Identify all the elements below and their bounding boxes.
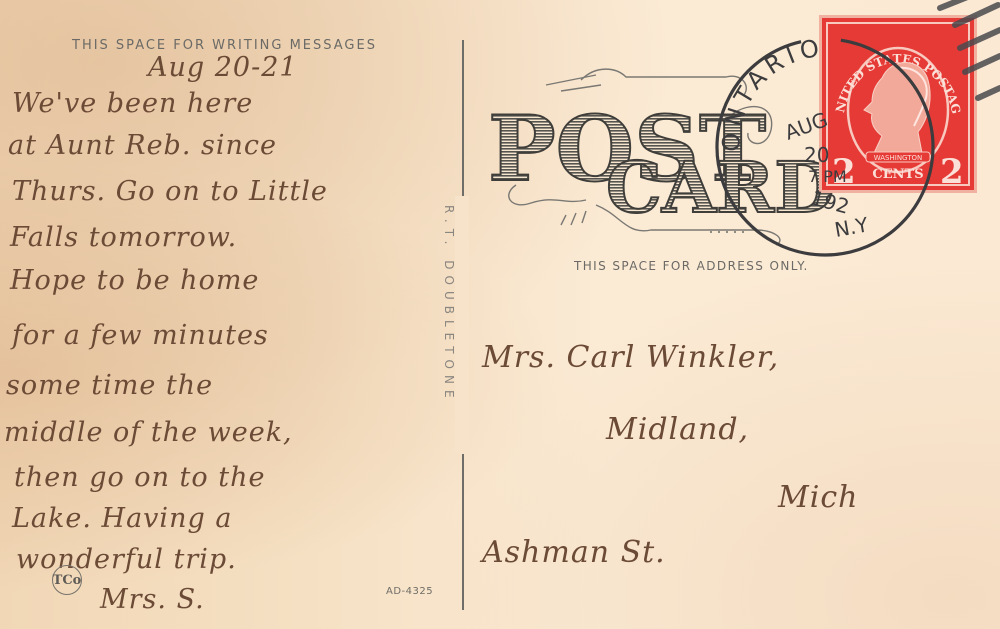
svg-text:2: 2 (832, 152, 856, 190)
address-line-city: Midland, (606, 412, 749, 447)
svg-text:WASHINGTON: WASHINGTON (874, 154, 923, 162)
address-line-state: Mich (778, 480, 858, 515)
svg-text:CARD: CARD (606, 146, 835, 229)
message-line: middle of the week, (4, 417, 293, 448)
message-space-heading: THIS SPACE FOR WRITING MESSAGES (72, 38, 377, 53)
svg-text:2: 2 (940, 152, 964, 190)
address-line-street: Ashman St. (482, 535, 666, 570)
divider-gap (455, 196, 469, 454)
message-line: Thurs. Go on to Little (12, 176, 328, 207)
message-signature: Mrs. S. (100, 584, 205, 615)
message-line: wonderful trip. (16, 544, 237, 575)
message-line: We've been here (12, 88, 253, 119)
address-line-name: Mrs. Carl Winkler, (482, 340, 779, 375)
catalog-number: AD-4325 (386, 586, 433, 597)
message-line: Hope to be home (10, 265, 259, 296)
message-line: for a few minutes (12, 320, 269, 351)
message-line: Falls tomorrow. (10, 222, 237, 253)
address-space-heading: THIS SPACE FOR ADDRESS ONLY. (574, 259, 809, 273)
message-line: Lake. Having a (12, 503, 232, 534)
message-date: Aug 20-21 (148, 52, 298, 83)
cancellation-bars (930, 0, 1000, 110)
message-line: then go on to the (14, 462, 265, 493)
postcard-back: THIS SPACE FOR WRITING MESSAGES R.T. DOU… (0, 0, 1000, 629)
message-line: at Aunt Reb. since (8, 130, 277, 161)
publisher-mark-icon: TCo (52, 565, 82, 595)
message-line: some time the (6, 370, 213, 401)
post-card-logo: POST CARD (486, 55, 846, 250)
svg-text:CENTS: CENTS (872, 167, 923, 182)
vertical-imprint: R.T. DOUBLETONE (442, 205, 456, 404)
